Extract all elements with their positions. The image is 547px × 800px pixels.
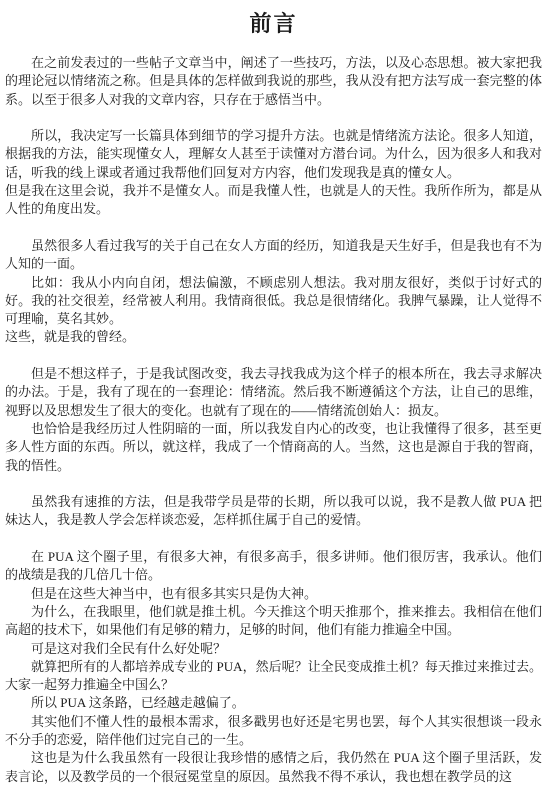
paragraph: 但是在这些大神当中，也有很多其实只是伪大神。 xyxy=(5,585,542,603)
paragraph: 在 PUA 这个圈子里，有很多大神，有很多高手，很多讲师。他们很厉害，我承认。他… xyxy=(5,548,542,585)
paragraph: 虽然我有速推的方法，但是我带学员是带的长期，所以我可以说，我不是教人做 PUA … xyxy=(5,493,542,530)
paragraph: 这也是为什么我虽然有一段很让我珍惜的感情之后，我仍然在 PUA 这个圈子里活跃，… xyxy=(5,749,542,786)
paragraph: 这些，就是我的曾经。 xyxy=(5,328,542,346)
document-page: 前言 在之前发表过的一些帖子文章当中，阐述了一些技巧，方法，以及心态思想。被大家… xyxy=(0,0,547,800)
paragraph: 为什么，在我眼里，他们就是推土机。今天推这个明天推那个，推来推去。我相信在他们高… xyxy=(5,603,542,640)
paragraph-block: 虽然很多人看过我写的关于自己在女人方面的经历，知道我是天生好手，但是我也有不为人… xyxy=(5,237,542,347)
document-content: 在之前发表过的一些帖子文章当中，阐述了一些技巧，方法，以及心态思想。被大家把我的… xyxy=(5,54,542,786)
paragraph-block: 在 PUA 这个圈子里，有很多大神，有很多高手，很多讲师。他们很厉害，我承认。他… xyxy=(5,548,542,786)
paragraph-block: 在之前发表过的一些帖子文章当中，阐述了一些技巧，方法，以及心态思想。被大家把我的… xyxy=(5,54,542,109)
paragraph: 其实他们不懂人性的最根本需求，很多戳男也好还是宅男也罢，每个人其实很想谈一段永不… xyxy=(5,713,542,750)
paragraph: 但是不想这样子，于是我试图改变，我去寻找我成为这个样子的根本所在，我去寻求解决的… xyxy=(5,365,542,420)
paragraph-block: 虽然我有速推的方法，但是我带学员是带的长期，所以我可以说，我不是教人做 PUA … xyxy=(5,493,542,530)
paragraph: 在之前发表过的一些帖子文章当中，阐述了一些技巧，方法，以及心态思想。被大家把我的… xyxy=(5,54,542,109)
paragraph: 但是我在这里会说，我并不是懂女人。而是我懂人性，也就是人的天性。我所作所为，都是… xyxy=(5,182,542,219)
paragraph-block: 所以，我决定写一长篇具体到细节的学习提升方法。也就是情绪流方法论。很多人知道，根… xyxy=(5,127,542,218)
paragraph: 可是这对我们全民有什么好处呢？ xyxy=(5,640,542,658)
paragraph: 所以，我决定写一长篇具体到细节的学习提升方法。也就是情绪流方法论。很多人知道，根… xyxy=(5,127,542,182)
paragraph-block: 但是不想这样子，于是我试图改变，我去寻找我成为这个样子的根本所在，我去寻求解决的… xyxy=(5,365,542,475)
page-title: 前言 xyxy=(5,10,542,38)
paragraph: 比如：我从小内向自闭，想法偏激，不顾虑别人想法。我对朋友很好，类似于讨好式的好。… xyxy=(5,274,542,329)
paragraph: 所以 PUA 这条路，已经越走越偏了。 xyxy=(5,694,542,712)
paragraph: 虽然很多人看过我写的关于自己在女人方面的经历，知道我是天生好手，但是我也有不为人… xyxy=(5,237,542,274)
paragraph: 也恰恰是我经历过人性阴暗的一面，所以我发自内心的改变，也让我懂得了很多，甚至更多… xyxy=(5,420,542,475)
paragraph: 就算把所有的人都培养成专业的 PUA，然后呢？让全民变成推土机？每天推过来推过去… xyxy=(5,658,542,695)
